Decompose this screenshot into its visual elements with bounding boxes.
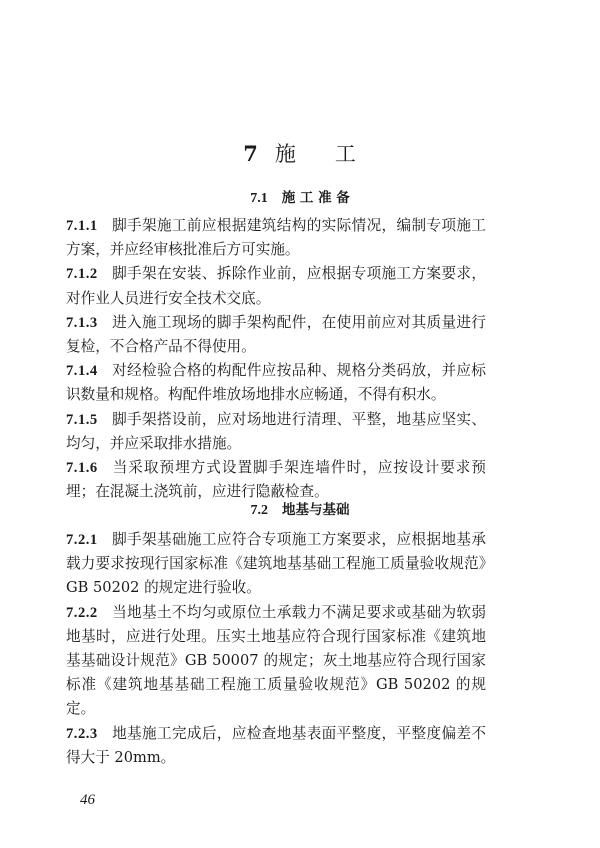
clause-number: 7.1.2 bbox=[66, 266, 98, 282]
clause-text: 当采取预埋方式设置脚手架连墙件时，应按设计要求预埋；在混凝土浇筑前，应进行隐蔽检… bbox=[66, 459, 486, 500]
section-title: 施 工 准 备 bbox=[282, 190, 350, 206]
section-title: 地基与基础 bbox=[282, 502, 350, 518]
clause-text: 脚手架在安装、拆除作业前，应根据专项施工方案要求，对作业人员进行安全技术交底。 bbox=[66, 265, 486, 306]
clause-number: 7.1.6 bbox=[66, 460, 98, 476]
clause: 7.1.4对经检验合格的构配件应按品种、规格分类码放，并应标识数量和规格。构配件… bbox=[66, 359, 486, 407]
clause-text: 地基施工完成后，应检查地基表面平整度，平整度偏差不得大于 20mm。 bbox=[66, 725, 486, 766]
clause-number: 7.2.2 bbox=[66, 605, 98, 621]
clause-text: 脚手架搭设前，应对场地进行清理、平整，地基应坚实、均匀，并应采取排水措施。 bbox=[66, 411, 486, 452]
section-heading: 7.1施 工 准 备 bbox=[0, 186, 600, 207]
clause-text: 对经检验合格的构配件应按品种、规格分类码放，并应标识数量和规格。构配件堆放场地排… bbox=[66, 362, 486, 403]
clause-number: 7.2.1 bbox=[66, 532, 98, 548]
chapter-title-char: 施 bbox=[275, 142, 297, 166]
page-number: 46 bbox=[80, 792, 95, 809]
clause-text: 脚手架施工前应根据建筑结构的实际情况，编制专项施工方案，并应经审核批准后方可实施… bbox=[66, 217, 486, 258]
clause: 7.1.2脚手架在安装、拆除作业前，应根据专项施工方案要求，对作业人员进行安全技… bbox=[66, 262, 486, 310]
section-body: 7.1.1脚手架施工前应根据建筑结构的实际情况，编制专项施工方案，并应经审核批准… bbox=[66, 214, 486, 504]
clause-number: 7.1.4 bbox=[66, 363, 98, 379]
clause: 7.2.2当地基土不均匀或原位土承载力不满足要求或基础为软弱地基时，应进行处理。… bbox=[66, 601, 486, 722]
section-number: 7.1 bbox=[250, 191, 268, 206]
clause: 7.1.5脚手架搭设前，应对场地进行清理、平整，地基应坚实、均匀，并应采取排水措… bbox=[66, 408, 486, 456]
clause-number: 7.2.3 bbox=[66, 726, 98, 742]
clause-number: 7.1.1 bbox=[66, 218, 98, 234]
chapter-title-char: 工 bbox=[335, 142, 357, 166]
clause-text: 脚手架基础施工应符合专项施工方案要求，应根据地基承载力要求按现行国家标准《建筑地… bbox=[66, 531, 486, 596]
section-number: 7.2 bbox=[251, 503, 269, 518]
clause: 7.1.1脚手架施工前应根据建筑结构的实际情况，编制专项施工方案，并应经审核批准… bbox=[66, 214, 486, 262]
chapter-title: 7施工 bbox=[0, 138, 600, 168]
clause-text: 当地基土不均匀或原位土承载力不满足要求或基础为软弱地基时，应进行处理。压实土地基… bbox=[66, 604, 486, 718]
clause: 7.1.3进入施工现场的脚手架构配件，在使用前应对其质量进行复检，不合格产品不得… bbox=[66, 311, 486, 359]
clause-number: 7.1.5 bbox=[66, 412, 98, 428]
chapter-number: 7 bbox=[243, 141, 259, 166]
clause-number: 7.1.3 bbox=[66, 315, 98, 331]
section-body: 7.2.1脚手架基础施工应符合专项施工方案要求，应根据地基承载力要求按现行国家标… bbox=[66, 528, 486, 770]
clause: 7.2.1脚手架基础施工应符合专项施工方案要求，应根据地基承载力要求按现行国家标… bbox=[66, 528, 486, 601]
clause: 7.2.3地基施工完成后，应检查地基表面平整度，平整度偏差不得大于 20mm。 bbox=[66, 722, 486, 770]
section-heading: 7.2地基与基础 bbox=[0, 498, 600, 519]
clause-text: 进入施工现场的脚手架构配件，在使用前应对其质量进行复检，不合格产品不得使用。 bbox=[66, 314, 486, 355]
